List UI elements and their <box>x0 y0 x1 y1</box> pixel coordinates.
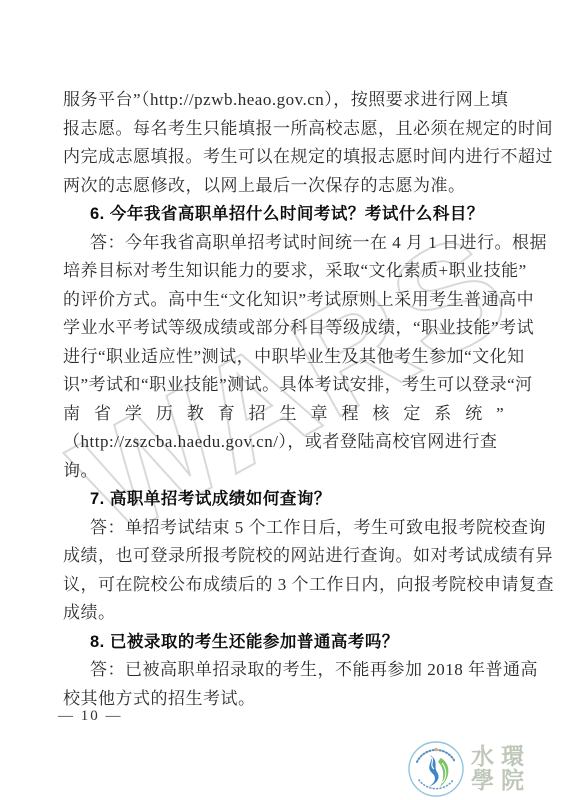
document-page: WARS 服务平台”（http://pzwb.heao.gov.cn），按照要求… <box>0 0 565 800</box>
text-line: 培养目标对考生知识能力的要求，采取“文化素质+职业技能” <box>63 257 507 286</box>
school-seal-icon <box>407 740 465 798</box>
text-line: 8. 已被录取的考生还能参加普通高考吗？ <box>63 628 507 657</box>
page-number: — 10 — <box>58 708 123 725</box>
text-line: 两次的志愿修改，以网上最后一次保存的志愿为准。 <box>63 172 507 201</box>
text-line: 答：今年我省高职单招考试时间统一在 4 月 1 日进行。根据 <box>63 229 507 258</box>
text-line: 校其他方式的招生考试。 <box>63 685 507 714</box>
text-line: 进行“职业适应性”测试，中职毕业生及其他考生参加“文化知 <box>63 343 507 372</box>
text-line: 答：已被高职单招录取的考生，不能再参加 2018 年普通高 <box>63 656 507 685</box>
school-name-row1: 水環 <box>471 745 531 769</box>
text-line: （http://zszcba.haedu.gov.cn/），或者登陆高校官网进行… <box>63 428 507 457</box>
school-name-row2: 學院 <box>471 769 531 793</box>
text-line: 成绩。 <box>63 599 507 628</box>
text-line: 学业水平考试等级成绩或部分科目等级成绩，“职业技能”考试 <box>63 314 507 343</box>
text-line: 服务平台”（http://pzwb.heao.gov.cn），按照要求进行网上填 <box>63 86 507 115</box>
text-line: 询。 <box>63 457 507 486</box>
document-body: 服务平台”（http://pzwb.heao.gov.cn），按照要求进行网上填… <box>63 86 507 713</box>
text-line: 的评价方式。高中生“文化知识”考试原则上采用考生普通高中 <box>63 286 507 315</box>
text-line: 7. 高职单招考试成绩如何查询？ <box>63 485 507 514</box>
text-line: 成绩，也可登录所报考院校的网站进行查询。如对考试成绩有异 <box>63 542 507 571</box>
text-line: 南省学历教育招生章程核定系统” <box>63 400 507 429</box>
text-line: 6. 今年我省高职单招什么时间考试？考试什么科目？ <box>63 200 507 229</box>
school-name: 水環 學院 <box>471 745 531 793</box>
text-line: 议，可在院校公布成绩后的 3 个工作日内，向报考院校申请复查 <box>63 571 507 600</box>
text-line: 内完成志愿填报。考生可以在规定的填报志愿时间内进行不超过 <box>63 143 507 172</box>
school-logo: 水環 學院 <box>407 740 557 798</box>
text-line: 报志愿。每名考生只能填报一所高校志愿，且必须在规定的时间 <box>63 115 507 144</box>
text-line: 答：单招考试结束 5 个工作日后，考生可致电报考院校查询 <box>63 514 507 543</box>
text-line: 识”考试和“职业技能”测试。具体考试安排，考生可以登录“河 <box>63 371 507 400</box>
